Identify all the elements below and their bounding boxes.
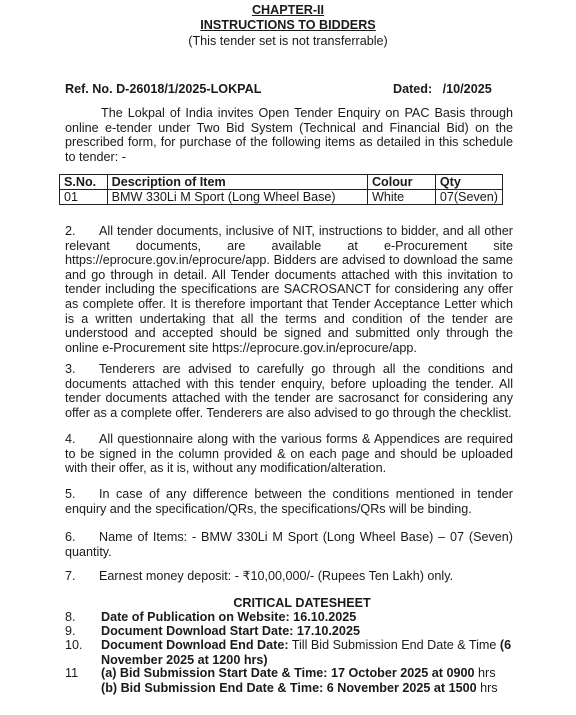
bid-start: (a) Bid Submission Start Date & Time: 17… bbox=[101, 666, 515, 681]
table-header-row: S.No. Description of Item Colour Qty bbox=[60, 175, 503, 190]
cell-qty: 07(Seven) bbox=[435, 190, 502, 205]
chapter-heading: CHAPTER-II bbox=[0, 3, 576, 18]
clause-number: 3. bbox=[65, 362, 99, 377]
clause-text: Tenderers are advised to carefully go th… bbox=[65, 362, 513, 420]
row-number: 8. bbox=[65, 610, 76, 625]
clause-number: 5. bbox=[65, 487, 99, 502]
bid-end-unit: hrs bbox=[477, 681, 498, 695]
bid-start-unit: hrs bbox=[475, 666, 496, 680]
clause-4: 4.All questionnaire along with the vario… bbox=[65, 432, 513, 476]
col-header-qty: Qty bbox=[435, 175, 502, 190]
dated-field: Dated: /10/2025 bbox=[393, 82, 492, 97]
clause-text: In case of any difference between the co… bbox=[65, 487, 513, 516]
download-start-date: Document Download Start Date: 17.10.2025 bbox=[101, 624, 515, 639]
cell-description: BMW 330Li M Sport (Long Wheel Base) bbox=[107, 190, 367, 205]
clause-7: 7.Earnest money deposit: - ₹10,00,000/- … bbox=[65, 569, 513, 584]
download-end-note: Till Bid Submission End Date & Time bbox=[289, 638, 500, 652]
reference-number: Ref. No. D-26018/1/2025-LOKPAL bbox=[65, 82, 261, 97]
clause-number: 4. bbox=[65, 432, 99, 447]
clause-text: Earnest money deposit: - ₹10,00,000/- (R… bbox=[99, 569, 453, 583]
clause-2: 2.All tender documents, inclusive of NIT… bbox=[65, 224, 513, 355]
col-header-description: Description of Item bbox=[107, 175, 367, 190]
items-table: S.No. Description of Item Colour Qty 01 … bbox=[59, 174, 503, 205]
tender-document-page: CHAPTER-II INSTRUCTIONS TO BIDDERS (This… bbox=[0, 0, 576, 715]
row-number: 10. bbox=[65, 638, 83, 653]
bid-submission-dates: (a) Bid Submission Start Date & Time: 17… bbox=[101, 666, 515, 695]
col-header-sno: S.No. bbox=[60, 175, 108, 190]
cell-sno: 01 bbox=[60, 190, 108, 205]
cell-colour: White bbox=[367, 190, 435, 205]
row-number: 9. bbox=[65, 624, 76, 639]
clause-6: 6.Name of Items: - BMW 330Li M Sport (Lo… bbox=[65, 530, 513, 559]
clause-text: All questionnaire along with the various… bbox=[65, 432, 513, 475]
clause-number: 2. bbox=[65, 224, 99, 239]
download-end-label: Document Download End Date: bbox=[101, 638, 289, 652]
clause-3: 3.Tenderers are advised to carefully go … bbox=[65, 362, 513, 420]
clause-number: 6. bbox=[65, 530, 99, 545]
download-end-date: Document Download End Date: Till Bid Sub… bbox=[101, 638, 515, 667]
bid-end: (b) Bid Submission End Date & Time: 6 No… bbox=[101, 681, 515, 696]
page-subtitle: (This tender set is not transferrable) bbox=[0, 34, 576, 49]
row-number: 11 bbox=[65, 666, 78, 681]
bid-start-label: (a) Bid Submission Start Date & Time: 17… bbox=[101, 666, 475, 680]
bid-end-label: (b) Bid Submission End Date & Time: 6 No… bbox=[101, 681, 477, 695]
publication-date: Date of Publication on Website: 16.10.20… bbox=[101, 610, 515, 625]
clause-text: Name of Items: - BMW 330Li M Sport (Long… bbox=[65, 530, 513, 559]
col-header-colour: Colour bbox=[367, 175, 435, 190]
clause-text: All tender documents, inclusive of NIT, … bbox=[65, 224, 513, 355]
clause-number: 7. bbox=[65, 569, 99, 584]
intro-paragraph: The Lokpal of India invites Open Tender … bbox=[65, 106, 513, 164]
table-row: 01 BMW 330Li M Sport (Long Wheel Base) W… bbox=[60, 190, 503, 205]
datesheet-title: CRITICAL DATESHEET bbox=[0, 596, 576, 611]
page-title: INSTRUCTIONS TO BIDDERS bbox=[0, 18, 576, 33]
clause-5: 5.In case of any difference between the … bbox=[65, 487, 513, 516]
